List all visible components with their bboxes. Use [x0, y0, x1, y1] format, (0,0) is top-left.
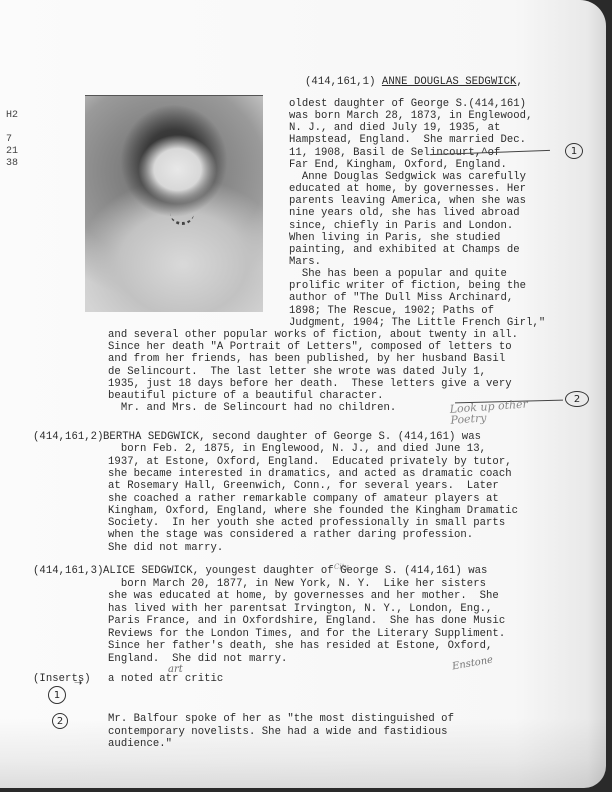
entry1-line: educated at home, by governesses. Her [289, 183, 526, 196]
insert2-marker: 2 [52, 713, 68, 729]
look-up-note: Look up other Poetry [449, 396, 560, 426]
margin-code: 21 [6, 146, 18, 157]
entry1-line: and several other popular works of ficti… [108, 329, 518, 342]
entry1-line: beautiful picture of a beautiful charact… [108, 390, 384, 403]
entry2-line: Kingham, Oxford, England, where she foun… [108, 505, 518, 518]
annotation-circle-1: 1 [565, 143, 583, 159]
entry1-line: When living in Paris, she studied [289, 232, 500, 245]
entry1-line: Judgment, 1904; The Little French Girl," [289, 317, 545, 330]
entry2-line: born Feb. 2, 1875, in Englewood, N. J., … [108, 443, 486, 456]
margin-code: 38 [6, 158, 18, 169]
entry1-line: She has been a popular and quite [289, 268, 507, 281]
entry1-line: Far End, Kingham, Oxford, England. [289, 159, 507, 172]
entry3-line: has lived with her parentsat Irvington, … [108, 603, 492, 616]
annotation-circle-2: 2 [565, 391, 589, 407]
entry1-id: (414,161,1) [305, 76, 375, 88]
insert1-text: a noted atr critic [108, 673, 223, 686]
entry1-line: nine years old, she has lived abroad [289, 207, 520, 220]
entry2-line: She did not marry. [108, 542, 223, 555]
insert1-marker: 1 [48, 686, 66, 704]
margin-codes: H2 7 21 38 [6, 110, 18, 170]
entry3-id: (414,161,3) [33, 565, 103, 578]
entry1-line: was born March 28, 1873, in Englewood, [289, 110, 532, 123]
entry1-line: 1898; The Rescue, 1902; Paths of [289, 305, 494, 318]
entry1-line: and from her friends, has been published… [108, 353, 505, 366]
entry1-line: Hampstead, England. She married Dec. [289, 134, 526, 147]
entry3-line: ALICE SEDGWICK, youngest daughter of Geo… [103, 565, 487, 578]
entry2-line: Society. In her youth she acted professi… [108, 517, 505, 530]
portrait-photo [85, 95, 263, 312]
insert2-line: contemporary novelists. She had a wide a… [108, 726, 448, 739]
margin-code: H2 [6, 110, 18, 121]
entry1-line: Anne Douglas Sedgwick was carefully [289, 171, 526, 184]
entry3-line: born March 20, 1877, in New York, N. Y. … [108, 578, 486, 591]
entry1-line: since, chiefly in Paris and London. [289, 220, 513, 233]
entry3-line: Since her father's death, she has reside… [108, 640, 492, 653]
entry2-line: at Rosemary Hall, Greenwich, Conn., for … [108, 480, 499, 493]
enstone-note: Enstone [451, 654, 494, 672]
entry1-line: oldest daughter of George S.(414,161) [289, 98, 526, 111]
entry1-line: author of "The Dull Miss Archinard, [289, 292, 513, 305]
entry2-line: she became interested in dramatics, and … [108, 468, 512, 481]
entry1-line: N. J., and died July 19, 1935, at [289, 122, 500, 135]
insert2-line: audience." [108, 738, 172, 751]
entry3-line: she was educated at home, by governesses… [108, 590, 499, 603]
entry1-line: parents leaving America, when she was [289, 195, 526, 208]
entry1-name: ANNE DOUGLAS SEDGWICK [382, 76, 517, 88]
entry2-line: 1937, at Estone, Oxford, England. Educat… [108, 456, 512, 469]
entry2-line: BERTHA SEDGWICK, second daughter of Geor… [103, 431, 481, 444]
entry1-line: de Selincourt. The last letter she wrote… [108, 366, 486, 379]
entry1-heading: (414,161,1) ANNE DOUGLAS SEDGWICK, [305, 76, 523, 89]
margin-code: 7 [6, 134, 12, 145]
insert-arrow-icon: ➝ [74, 678, 82, 691]
entry2-line: when the stage was considered a rather d… [108, 529, 473, 542]
entry1-line: prolific writer of fiction, being the [289, 280, 526, 293]
entry3-line: Reviews for the London Times, and for th… [108, 628, 505, 641]
entry3-line: England. She did not marry. [108, 653, 287, 666]
document-page: H2 7 21 38 (414,161,1) ANNE DOUGLAS SEDG… [0, 0, 606, 788]
entry1-line: painting, and exhibited at Champs de [289, 244, 520, 257]
entry1-line: Mr. and Mrs. de Selincourt had no childr… [108, 402, 396, 415]
entry1-line: 1935, just 18 days before her death. The… [108, 378, 512, 391]
entry1-line: Since her death "A Portrait of Letters",… [108, 341, 512, 354]
nyork-note: City [334, 563, 348, 571]
insert1-correction: art [168, 664, 183, 675]
insert2-line: Mr. Balfour spoke of her as "the most di… [108, 713, 454, 726]
entry1-line: Mars. [289, 256, 321, 269]
entry2-id: (414,161,2) [33, 431, 103, 444]
entry3-line: Paris France, and in Oxfordshire, Englan… [108, 615, 505, 628]
entry2-line: she coached a rather remarkable company … [108, 493, 499, 506]
